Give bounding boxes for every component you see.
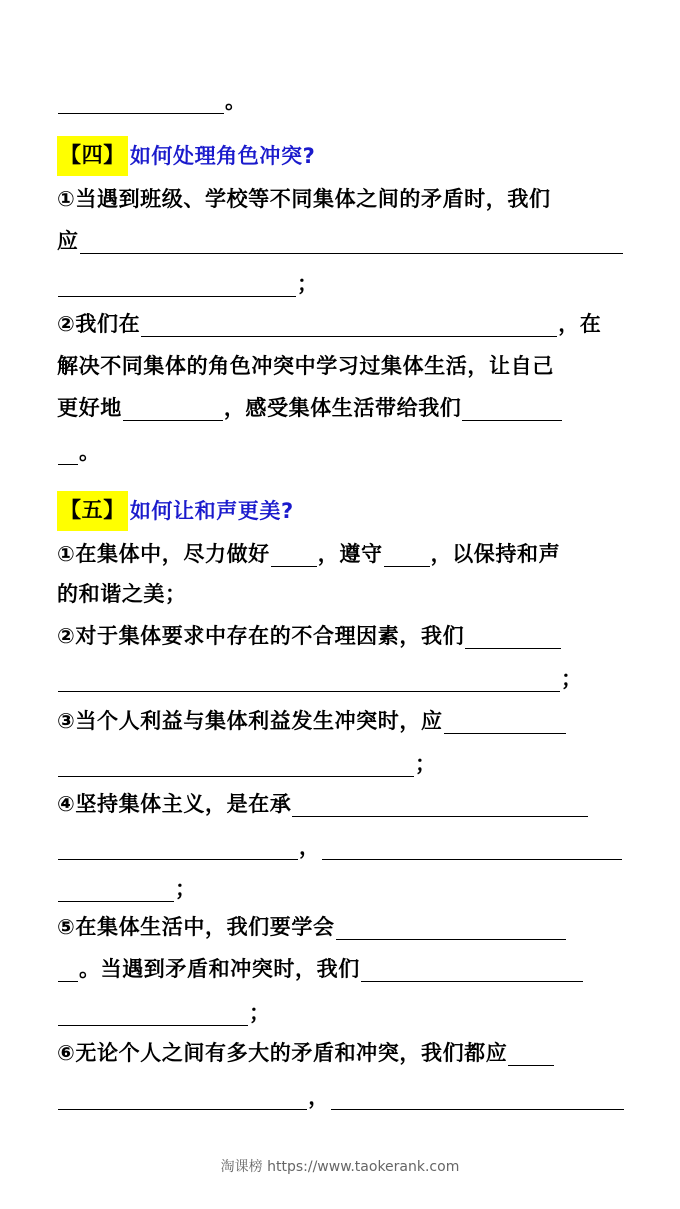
question-text: ①在集体中，尽力做好 <box>57 533 270 575</box>
s5-item3-line1: ③当个人利益与集体利益发生冲突时，应 <box>57 700 625 742</box>
question-text: 的和谐之美； <box>57 573 187 615</box>
answer-blank[interactable] <box>58 272 296 297</box>
semicolon: ； <box>415 743 437 785</box>
answer-blank[interactable] <box>331 1085 624 1110</box>
semicolon: ； <box>175 868 197 910</box>
s5-item5-line3: ； <box>57 992 625 1034</box>
answer-blank[interactable] <box>444 709 566 734</box>
question-text: ⑤在集体生活中，我们要学会 <box>57 906 335 948</box>
answer-blank[interactable] <box>58 440 78 465</box>
s4-item2-line2: 解决不同集体的角色冲突中学习过集体生活，让自己 <box>57 345 625 387</box>
answer-blank[interactable] <box>384 542 430 567</box>
answer-blank[interactable] <box>292 792 588 817</box>
answer-blank[interactable] <box>58 89 224 114</box>
question-text: 更好地 <box>57 387 122 429</box>
question-text: ，在 <box>558 303 601 345</box>
question-text: ，遵守 <box>318 533 383 575</box>
semicolon: ； <box>249 992 271 1034</box>
question-text: ，以保持和声 <box>431 533 561 575</box>
question-text: ②我们在 <box>57 303 140 345</box>
question-text: 解决不同集体的角色冲突中学习过集体生活，让自己 <box>57 345 554 387</box>
s5-item1-line2: 的和谐之美； <box>57 573 625 615</box>
section-heading-5: 【五】 如何让和声更美? <box>57 490 625 532</box>
s5-item4-line2: ， <box>57 826 625 868</box>
s5-item6-line2: ， <box>57 1076 625 1118</box>
semicolon: ； <box>561 658 583 700</box>
comma: ， <box>308 1076 330 1118</box>
section-title-5: 如何让和声更美? <box>130 490 294 532</box>
answer-blank[interactable] <box>141 312 557 337</box>
s4-item2-line4: 。 <box>57 431 625 473</box>
s5-item4-line3: ； <box>57 868 625 910</box>
question-text: ④坚持集体主义，是在承 <box>57 783 291 825</box>
comma: ， <box>299 826 321 868</box>
s4-item2-line3: 更好地 ，感受集体生活带给我们 <box>57 387 625 429</box>
answer-blank[interactable] <box>58 1001 248 1026</box>
answer-blank[interactable] <box>58 752 414 777</box>
footer-watermark: 淘课榜 https://www.taokerank.com <box>0 1156 680 1176</box>
s5-item5-line2: 。当遇到矛盾和冲突时，我们 <box>57 948 625 990</box>
s4-item1-line2: 应 <box>57 220 625 262</box>
question-text: ②对于集体要求中存在的不合理因素，我们 <box>57 615 464 657</box>
question-text: ⑥无论个人之间有多大的矛盾和冲突，我们都应 <box>57 1032 507 1074</box>
period: 。 <box>225 80 247 122</box>
answer-blank[interactable] <box>336 915 566 940</box>
answer-blank[interactable] <box>58 667 560 692</box>
answer-blank[interactable] <box>58 835 298 860</box>
answer-blank[interactable] <box>123 396 223 421</box>
s5-item2-line2: ； <box>57 658 625 700</box>
semicolon: ； <box>297 263 319 305</box>
answer-blank[interactable] <box>271 542 317 567</box>
question-text: 应 <box>57 220 79 262</box>
s5-item3-line2: ； <box>57 743 625 785</box>
answer-blank[interactable] <box>322 835 622 860</box>
s5-item2-line1: ②对于集体要求中存在的不合理因素，我们 <box>57 615 625 657</box>
answer-blank[interactable] <box>465 624 561 649</box>
s4-item1-line3: ； <box>57 263 625 305</box>
section-heading-4: 【四】 如何处理角色冲突? <box>57 135 625 177</box>
section-title-4: 如何处理角色冲突? <box>130 135 316 177</box>
section-tag-5: 【五】 <box>57 491 128 531</box>
question-text: ①当遇到班级、学校等不同集体之间的矛盾时，我们 <box>57 178 551 220</box>
question-text: 。当遇到矛盾和冲突时，我们 <box>79 948 360 990</box>
answer-blank[interactable] <box>58 877 174 902</box>
s5-item6-line1: ⑥无论个人之间有多大的矛盾和冲突，我们都应 <box>57 1032 625 1074</box>
s4-item1-line1: ①当遇到班级、学校等不同集体之间的矛盾时，我们 <box>57 178 625 220</box>
answer-blank[interactable] <box>361 957 583 982</box>
s4-item2-line1: ②我们在 ，在 <box>57 303 625 345</box>
s5-item5-line1: ⑤在集体生活中，我们要学会 <box>57 906 625 948</box>
answer-blank[interactable] <box>462 396 562 421</box>
question-text: ，感受集体生活带给我们 <box>224 387 462 429</box>
s5-item4-line1: ④坚持集体主义，是在承 <box>57 783 625 825</box>
question-text: ③当个人利益与集体利益发生冲突时，应 <box>57 700 443 742</box>
section-tag-4: 【四】 <box>57 136 128 176</box>
answer-blank[interactable] <box>80 229 623 254</box>
answer-blank[interactable] <box>58 957 78 982</box>
s5-item1-line1: ①在集体中，尽力做好 ，遵守 ，以保持和声 <box>57 533 625 575</box>
carryover-line: 。 <box>57 80 625 122</box>
answer-blank[interactable] <box>508 1041 554 1066</box>
period: 。 <box>79 431 101 473</box>
answer-blank[interactable] <box>58 1085 307 1110</box>
